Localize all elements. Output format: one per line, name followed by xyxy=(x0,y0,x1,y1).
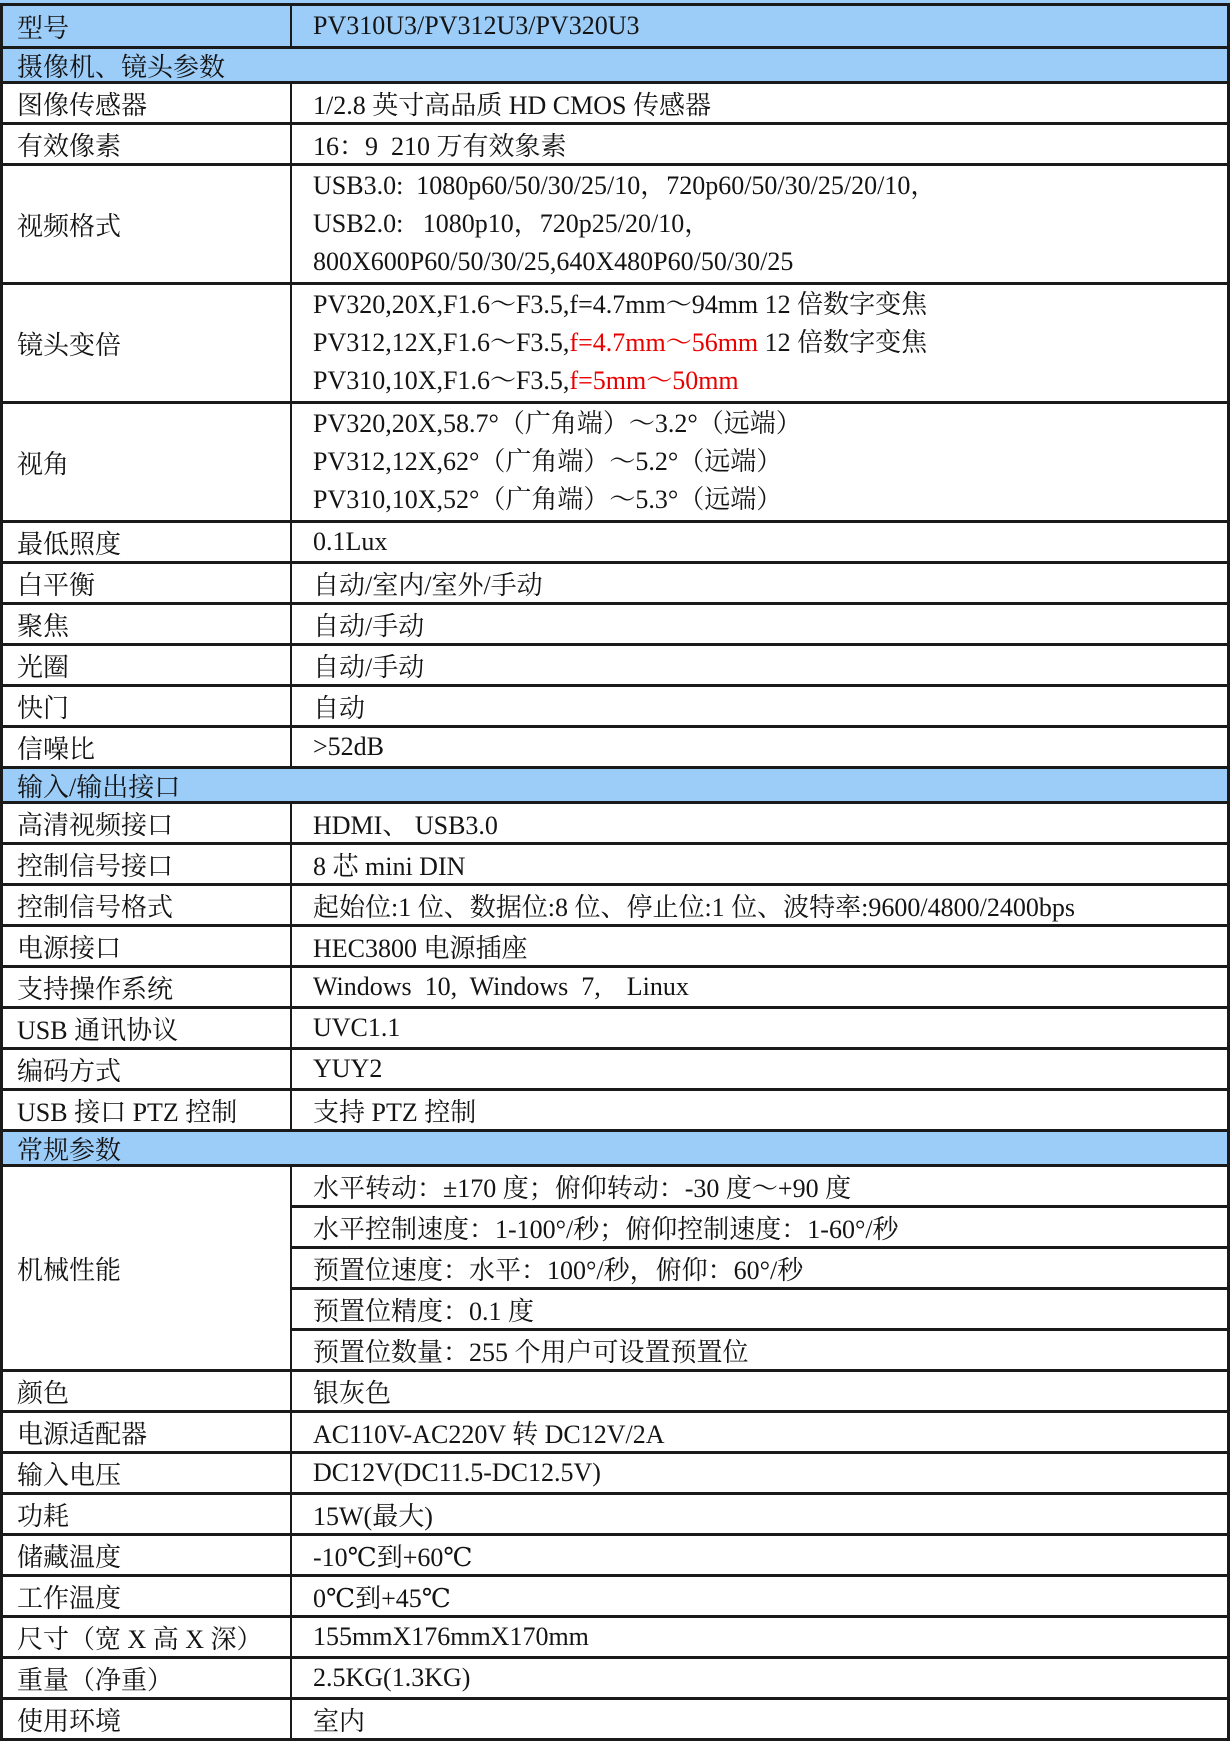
row-label: 功耗 xyxy=(3,1495,292,1533)
spec-row-usb-ptz: USB 接口 PTZ 控制 支持 PTZ 控制 xyxy=(3,1091,1227,1132)
spec-row-storage-temp: 储藏温度 -10℃到+60℃ xyxy=(3,1536,1227,1577)
row-value: 2.5KG(1.3KG) xyxy=(292,1659,1227,1697)
row-label: 视角 xyxy=(3,404,292,520)
row-label: 镜头变倍 xyxy=(3,285,292,401)
row-label: 储藏温度 xyxy=(3,1536,292,1574)
row-label: 控制信号接口 xyxy=(3,845,292,883)
row-label: 快门 xyxy=(3,687,292,725)
row-value-group: 水平转动：±170 度；俯仰转动：-30 度～+90 度 水平控制速度：1-10… xyxy=(292,1167,1227,1369)
row-value: AC110V-AC220V 转 DC12V/2A xyxy=(292,1413,1227,1451)
spec-row-image-sensor: 图像传感器 1/2.8 英寸高品质 HD CMOS 传感器 xyxy=(3,84,1227,125)
mechanical-sub-row: 预置位精度：0.1 度 xyxy=(292,1290,1227,1331)
spec-row-working-temp: 工作温度 0℃到+45℃ xyxy=(3,1577,1227,1618)
row-value: PV310U3/PV312U3/PV320U3 xyxy=(292,6,1227,46)
spec-row-power-interface: 电源接口 HEC3800 电源插座 xyxy=(3,927,1227,968)
row-label: 编码方式 xyxy=(3,1050,292,1088)
value-line: PV320,20X,58.7°（广角端）～3.2°（远端） xyxy=(313,405,802,443)
spec-row-focus: 聚焦 自动/手动 xyxy=(3,605,1227,646)
row-value: 15W(最大) xyxy=(292,1495,1227,1533)
row-label: USB 接口 PTZ 控制 xyxy=(3,1091,292,1129)
row-label: 机械性能 xyxy=(3,1167,292,1369)
row-value: 自动 xyxy=(292,687,1227,725)
spec-row-video-format: 视频格式 USB3.0: 1080p60/50/30/25/10，720p60/… xyxy=(3,166,1227,285)
row-value: 1/2.8 英寸高品质 HD CMOS 传感器 xyxy=(292,84,1227,122)
lens-text: PV310,10X,F1.6～F3.5, xyxy=(313,366,569,395)
row-label: 控制信号格式 xyxy=(3,886,292,924)
row-value: Windows 10, Windows 7, Linux xyxy=(292,968,1227,1006)
row-value: 室内 xyxy=(292,1700,1227,1738)
row-value: 0.1Lux xyxy=(292,523,1227,561)
spec-row-weight: 重量（净重） 2.5KG(1.3KG) xyxy=(3,1659,1227,1700)
row-label: 图像传感器 xyxy=(3,84,292,122)
mechanical-sub-row: 水平控制速度：1-100°/秒；俯仰控制速度：1-60°/秒 xyxy=(292,1208,1227,1249)
value-line: PV310,10X,F1.6～F3.5,f=5mm～50mm xyxy=(313,362,739,400)
spec-row-input-voltage: 输入电压 DC12V(DC11.5-DC12.5V) xyxy=(3,1454,1227,1495)
row-value: USB3.0: 1080p60/50/30/25/10，720p60/50/30… xyxy=(292,166,1227,282)
lens-focal-highlight: f=5mm～50mm xyxy=(569,366,738,395)
model-row: 型号 PV310U3/PV312U3/PV320U3 xyxy=(3,6,1227,49)
spec-row-white-balance: 白平衡 自动/室内/室外/手动 xyxy=(3,564,1227,605)
row-label: USB 通讯协议 xyxy=(3,1009,292,1047)
row-value: PV320,20X,F1.6～F3.5,f=4.7mm～94mm 12 倍数字变… xyxy=(292,285,1227,401)
row-value: HEC3800 电源插座 xyxy=(292,927,1227,965)
row-label: 光圈 xyxy=(3,646,292,684)
row-value: 银灰色 xyxy=(292,1372,1227,1410)
spec-row-shutter: 快门 自动 xyxy=(3,687,1227,728)
row-value: PV320,20X,58.7°（广角端）～3.2°（远端） PV312,12X,… xyxy=(292,404,1227,520)
row-value: 自动/室内/室外/手动 xyxy=(292,564,1227,602)
spec-row-mechanical: 机械性能 水平转动：±170 度；俯仰转动：-30 度～+90 度 水平控制速度… xyxy=(3,1167,1227,1372)
row-value: -10℃到+60℃ xyxy=(292,1536,1227,1574)
spec-row-supported-os: 支持操作系统 Windows 10, Windows 7, Linux xyxy=(3,968,1227,1009)
mechanical-sub-row: 水平转动：±170 度；俯仰转动：-30 度～+90 度 xyxy=(292,1167,1227,1208)
spec-row-environment: 使用环境 室内 xyxy=(3,1700,1227,1741)
spec-row-dimensions: 尺寸（宽 X 高 X 深） 155mmX176mmX170mm xyxy=(3,1618,1227,1659)
section-header-camera-lens: 摄像机、镜头参数 xyxy=(3,49,1227,84)
row-label: 信噪比 xyxy=(3,728,292,766)
section-header-general: 常规参数 xyxy=(3,1132,1227,1167)
spec-row-snr: 信噪比 >52dB xyxy=(3,728,1227,769)
row-label: 支持操作系统 xyxy=(3,968,292,1006)
spec-row-power-adapter: 电源适配器 AC110V-AC220V 转 DC12V/2A xyxy=(3,1413,1227,1454)
row-label: 电源适配器 xyxy=(3,1413,292,1451)
row-value: 支持 PTZ 控制 xyxy=(292,1091,1227,1129)
value-line: USB3.0: 1080p60/50/30/25/10，720p60/50/30… xyxy=(313,167,936,205)
row-value: 自动/手动 xyxy=(292,646,1227,684)
row-label: 有效像素 xyxy=(3,125,292,163)
row-label: 使用环境 xyxy=(3,1700,292,1738)
spec-row-control-signal-format: 控制信号格式 起始位:1 位、数据位:8 位、停止位:1 位、波特率:9600/… xyxy=(3,886,1227,927)
row-label: 工作温度 xyxy=(3,1577,292,1615)
row-label: 颜色 xyxy=(3,1372,292,1410)
lens-text: 12 倍数字变焦 xyxy=(758,328,927,357)
row-value: UVC1.1 xyxy=(292,1009,1227,1047)
spec-row-min-illumination: 最低照度 0.1Lux xyxy=(3,523,1227,564)
row-label: 视频格式 xyxy=(3,166,292,282)
value-line: PV312,12X,62°（广角端）～5.2°（远端） xyxy=(313,443,782,481)
row-value: >52dB xyxy=(292,728,1227,766)
row-value: YUY2 xyxy=(292,1050,1227,1088)
row-value: 起始位:1 位、数据位:8 位、停止位:1 位、波特率:9600/4800/24… xyxy=(292,886,1227,924)
mechanical-sub-row: 预置位速度：水平：100°/秒，俯仰：60°/秒 xyxy=(292,1249,1227,1290)
value-line: PV310,10X,52°（广角端）～5.3°（远端） xyxy=(313,481,782,519)
row-value: HDMI、 USB3.0 xyxy=(292,804,1227,842)
row-value: 0℃到+45℃ xyxy=(292,1577,1227,1615)
row-label: 最低照度 xyxy=(3,523,292,561)
row-label: 聚焦 xyxy=(3,605,292,643)
spec-row-effective-pixels: 有效像素 16：9 210 万有效象素 xyxy=(3,125,1227,166)
value-line: PV312,12X,F1.6～F3.5,f=4.7mm～56mm 12 倍数字变… xyxy=(313,324,927,362)
row-value: DC12V(DC11.5-DC12.5V) xyxy=(292,1454,1227,1492)
value-line: 800X600P60/50/30/25,640X480P60/50/30/25 xyxy=(313,243,793,281)
row-value: 8 芯 mini DIN xyxy=(292,845,1227,883)
spec-row-control-signal-interface: 控制信号接口 8 芯 mini DIN xyxy=(3,845,1227,886)
lens-text: PV320,20X,F1.6～F3.5,f=4.7mm～94mm 12 倍数字变… xyxy=(313,290,927,319)
spec-table: 型号 PV310U3/PV312U3/PV320U3 摄像机、镜头参数 图像传感… xyxy=(0,3,1230,1741)
spec-row-encoding: 编码方式 YUY2 xyxy=(3,1050,1227,1091)
spec-row-hd-video-interface: 高清视频接口 HDMI、 USB3.0 xyxy=(3,804,1227,845)
value-line: PV320,20X,F1.6～F3.5,f=4.7mm～94mm 12 倍数字变… xyxy=(313,286,927,324)
row-value: 自动/手动 xyxy=(292,605,1227,643)
row-label: 电源接口 xyxy=(3,927,292,965)
section-header-io: 输入/输出接口 xyxy=(3,769,1227,804)
row-label: 重量（净重） xyxy=(3,1659,292,1697)
mechanical-sub-row: 预置位数量：255 个用户可设置预置位 xyxy=(292,1331,1227,1369)
row-value: 16：9 210 万有效象素 xyxy=(292,125,1227,163)
spec-row-lens-zoom: 镜头变倍 PV320,20X,F1.6～F3.5,f=4.7mm～94mm 12… xyxy=(3,285,1227,404)
row-label: 型号 xyxy=(3,6,292,46)
spec-row-view-angle: 视角 PV320,20X,58.7°（广角端）～3.2°（远端） PV312,1… xyxy=(3,404,1227,523)
spec-row-color: 颜色 银灰色 xyxy=(3,1372,1227,1413)
spec-row-iris: 光圈 自动/手动 xyxy=(3,646,1227,687)
spec-row-usb-protocol: USB 通讯协议 UVC1.1 xyxy=(3,1009,1227,1050)
row-label: 输入电压 xyxy=(3,1454,292,1492)
lens-text: PV312,12X,F1.6～F3.5, xyxy=(313,328,569,357)
lens-focal-highlight: f=4.7mm～56mm xyxy=(569,328,758,357)
row-value: 155mmX176mmX170mm xyxy=(292,1618,1227,1656)
row-label: 高清视频接口 xyxy=(3,804,292,842)
row-label: 尺寸（宽 X 高 X 深） xyxy=(3,1618,292,1656)
value-line: USB2.0: 1080p10，720p25/20/10， xyxy=(313,205,710,243)
spec-row-power-consumption: 功耗 15W(最大) xyxy=(3,1495,1227,1536)
row-label: 白平衡 xyxy=(3,564,292,602)
